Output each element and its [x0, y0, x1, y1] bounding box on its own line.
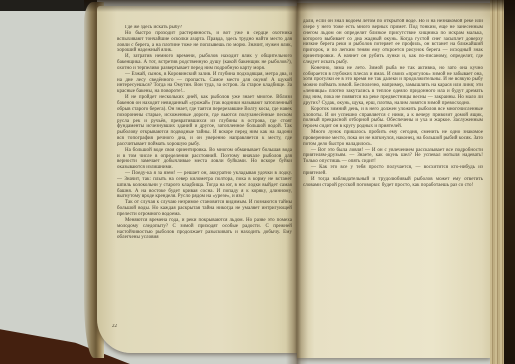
paragraph: Много лунок пришлось пробить ему сегодня…: [303, 130, 483, 148]
paragraph: Короток зимний день, и в него должен уло…: [303, 107, 483, 130]
right-page-text-column: дали, если он знал водоем летом по откры…: [303, 19, 483, 188]
paragraph: — Вот это была ловля! — И он с увлечение…: [303, 148, 483, 166]
paragraph: дали, если он знал водоем летом по откры…: [303, 19, 483, 66]
paragraph: — Поеду-ка я за язем! — решает он, аккур…: [117, 171, 292, 200]
background-dark-strip: [0, 0, 97, 11]
book-gutter-shadow: [286, 0, 308, 364]
paragraph: Меняются времена года, и реки покрываютс…: [117, 218, 292, 241]
paragraph: — Как это все у тебя просто получается, …: [303, 165, 483, 177]
book-top-shadow: [84, 0, 515, 12]
paragraph: И тогда наблюдательный и трудолюбивый ры…: [303, 177, 483, 189]
paragraph: Конечно, зима не лето. Зимой рыба не так…: [303, 66, 483, 107]
paragraph: И не пройдет нескольких дней, как рыболо…: [117, 95, 292, 148]
page-number: 22: [112, 324, 117, 329]
paragraph: — Езжай, сынок, в Коровинский залив. И г…: [117, 72, 292, 95]
left-page-text-column: Где же здесь искать рыбу? Но быстро прох…: [117, 25, 292, 241]
book-photo-scene: Где же здесь искать рыбу? Но быстро прох…: [0, 0, 515, 364]
paragraph: И, затратив немного времени, рыболов нах…: [117, 54, 292, 72]
book-right-edge: [504, 0, 515, 364]
paragraph: Но быстро проходит растерянность, и вот …: [117, 31, 292, 54]
paragraph: Так от случая к случаю незримое становит…: [117, 200, 292, 218]
paragraph: На большой воде своя ориентировка. Во мн…: [117, 148, 292, 171]
